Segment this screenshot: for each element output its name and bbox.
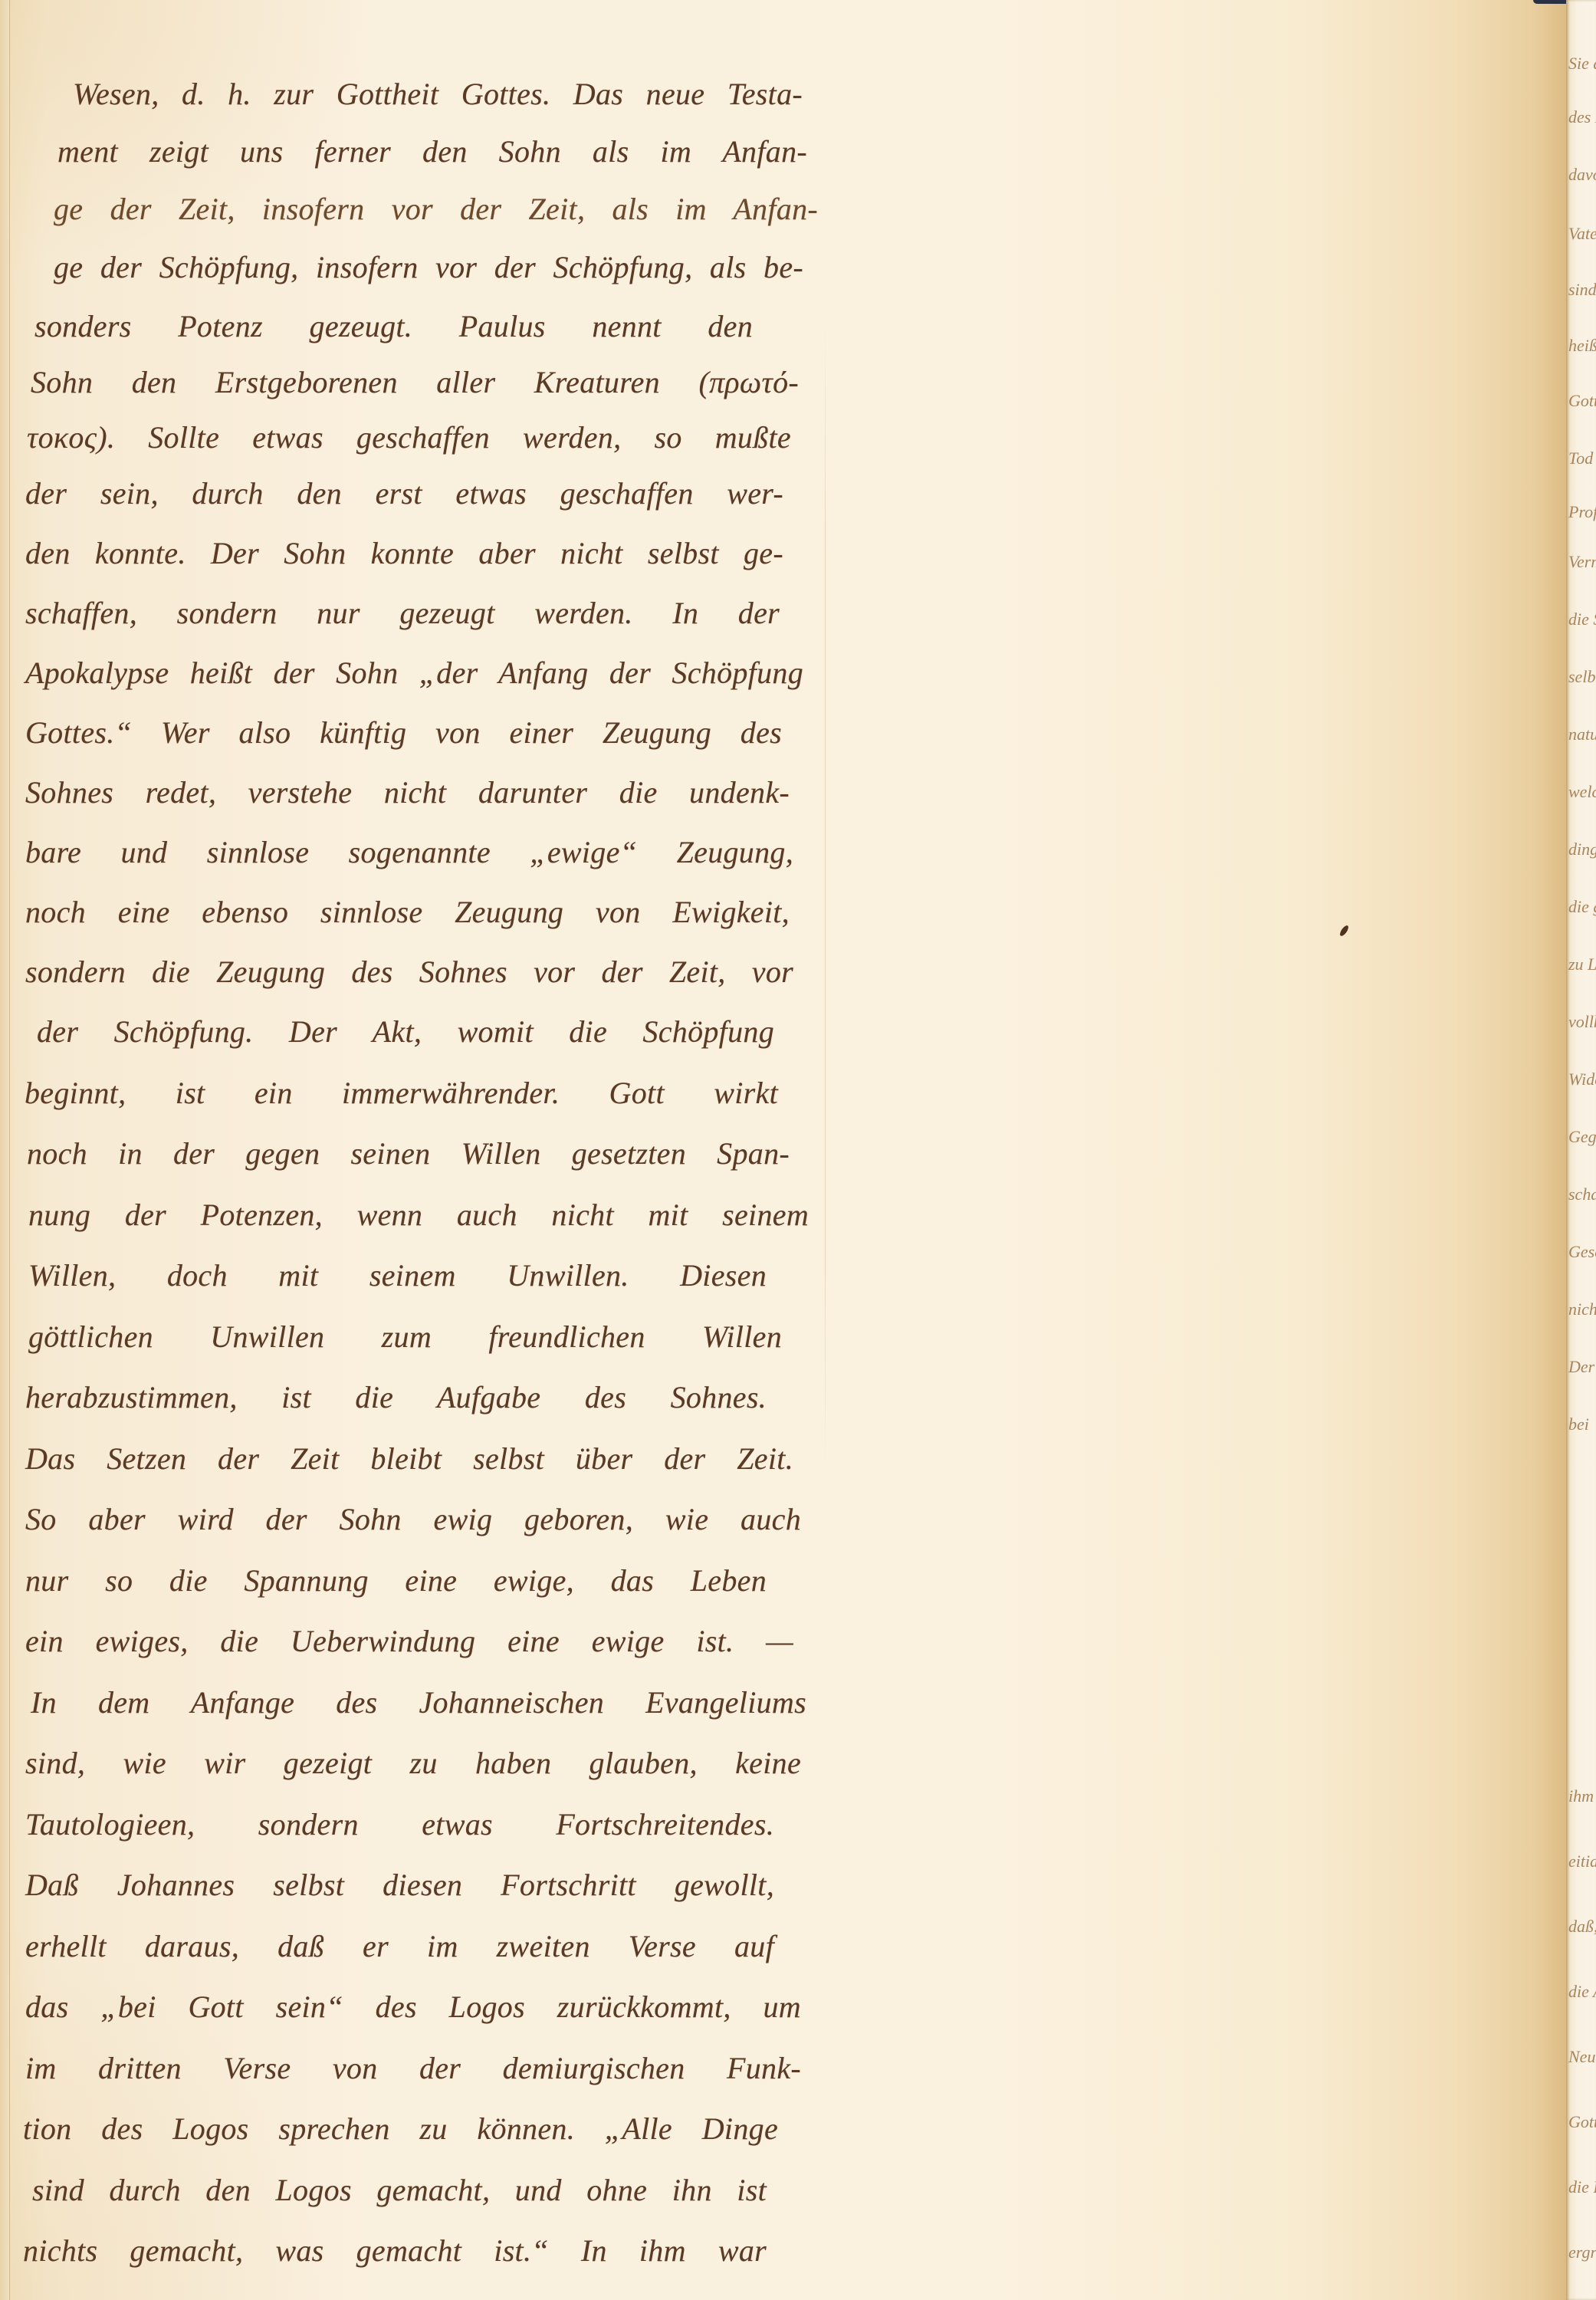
text-line-15: noch eine ebenso sinnlose Zeugung von Ew…: [25, 889, 790, 935]
adjacent-text-fragment: Gottheit: [1568, 391, 1596, 411]
text-line-29: sind, wie wir gezeigt zu haben glauben, …: [25, 1740, 801, 1786]
text-line-18: beginnt, ist ein immerwährender. Gott wi…: [25, 1070, 778, 1116]
text-line-2: ment zeigt uns ferner den Sohn als im An…: [57, 129, 807, 175]
text-line-8: der sein, durch den erst etwas geschaffe…: [25, 471, 783, 517]
text-line-4: ge der Schöpfung, insofern vor der Schöp…: [54, 245, 803, 291]
adjacent-text-fragment: Der: [1568, 1357, 1594, 1377]
text-line-23: herabzustimmen, ist die Aufgabe des Sohn…: [25, 1375, 767, 1421]
adjacent-text-fragment: welche der: [1568, 782, 1596, 802]
adjacent-text-fragment: eitia: [1568, 1852, 1596, 1871]
text-line-16: sondern die Zeugung des Sohnes vor der Z…: [25, 949, 793, 995]
text-line-22: göttlichen Unwillen zum freundlichen Wil…: [28, 1314, 782, 1360]
adjacent-text-fragment: natura: [1568, 724, 1596, 744]
adjacent-text-fragment: Vermögen: [1568, 552, 1596, 572]
adjacent-text-fragment: ihm vor: [1568, 1786, 1596, 1806]
adjacent-text-fragment: Sie avec: [1568, 54, 1596, 74]
adjacent-text-fragment: Gott ver: [1568, 2112, 1596, 2132]
text-line-24: Das Setzen der Zeit bleibt selbst über d…: [25, 1436, 793, 1482]
manuscript-page: Wesen, d. h. zur Gottheit Gottes. Das ne…: [0, 0, 1566, 2300]
adjacent-text-fragment: die Sache: [1568, 609, 1596, 629]
adjacent-text-fragment: Neues: [1568, 2047, 1596, 2067]
adjacent-text-fragment: Gesch: [1568, 1242, 1596, 1262]
adjacent-text-fragment: Gegensatz: [1568, 1127, 1596, 1147]
adjacent-text-fragment: ding das: [1568, 839, 1596, 859]
adjacent-text-fragment: nicht nun: [1568, 1299, 1596, 1319]
adjacent-text-fragment: davon: [1568, 165, 1596, 185]
text-line-7: τοκος). Sollte etwas geschaffen werden, …: [27, 415, 791, 461]
text-line-14: bare und sinnlose sogenannte „ewige“ Zeu…: [25, 830, 793, 876]
text-line-31: Daß Johannes selbst diesen Fortschritt g…: [25, 1862, 774, 1908]
ink-speck: [1338, 924, 1350, 937]
text-line-27: ein ewiges, die Ueberwindung eine ewige …: [25, 1618, 793, 1664]
text-line-10: schaffen, sondern nur gezeugt werden. In…: [25, 590, 780, 636]
adjacent-text-fragment: Profes: [1568, 502, 1596, 522]
text-line-11: Apokalypse heißt der Sohn „der Anfang de…: [25, 650, 803, 696]
paper-crease: [825, 322, 826, 1472]
binding-corner: [1533, 0, 1566, 4]
text-line-5: sonders Potenz gezeugt. Paulus nennt den: [34, 304, 753, 350]
text-line-3: ge der Zeit, insofern vor der Zeit, als …: [54, 186, 818, 232]
text-line-34: im dritten Verse von der demiurgischen F…: [25, 2045, 801, 2091]
text-line-28: In dem Anfange des Johanneischen Evangel…: [31, 1680, 806, 1726]
text-line-13: Sohnes redet, verstehe nicht darunter di…: [25, 770, 790, 816]
text-line-30: Tautologieen, sondern etwas Fortschreite…: [25, 1802, 774, 1848]
adjacent-text-fragment: Vater Lo: [1568, 224, 1596, 244]
text-line-25: So aber wird der Sohn ewig geboren, wie …: [25, 1497, 801, 1543]
text-line-32: erhellt daraus, daß er im zweiten Verse …: [25, 1924, 774, 1970]
text-line-20: nung der Potenzen, wenn auch nicht mit s…: [28, 1192, 809, 1238]
adjacent-text-fragment: daß, Tod: [1568, 1917, 1596, 1937]
adjacent-text-fragment: vollkommen: [1568, 1012, 1596, 1032]
adjacent-text-fragment: schaffen: [1568, 1184, 1596, 1204]
adjacent-text-fragment: heißt spr: [1568, 336, 1596, 356]
adjacent-text-fragment: Widerst: [1568, 1069, 1596, 1089]
adjacent-page-edge: Sie avec des Leben davon Vater Lo sind i…: [1566, 0, 1596, 2300]
text-line-35: tion des Logos sprechen zu können. „Alle…: [23, 2106, 778, 2152]
text-line-33: das „bei Gott sein“ des Logos zurückkomm…: [25, 1984, 801, 2030]
text-line-37: nichts gemacht, was gemacht ist.“ In ihm…: [23, 2228, 767, 2274]
text-line-26: nur so die Spannung eine ewige, das Lebe…: [25, 1558, 767, 1604]
text-line-19: noch in der gegen seinen Willen gesetzte…: [27, 1131, 790, 1177]
adjacent-text-fragment: ergriffen: [1568, 2242, 1596, 2262]
text-line-9: den konnte. Der Sohn konnte aber nicht s…: [25, 531, 783, 577]
adjacent-text-fragment: zu Leugn: [1568, 955, 1596, 974]
adjacent-text-fragment: Tod: [1568, 449, 1593, 468]
text-line-36: sind durch den Logos gemacht, und ohne i…: [32, 2167, 767, 2213]
text-line-17: der Schöpfung. Der Akt, womit die Schöpf…: [37, 1009, 774, 1055]
adjacent-text-fragment: sind ist: [1568, 280, 1596, 300]
adjacent-text-fragment: die An: [1568, 1982, 1596, 2002]
underlying-page-edge: [0, 0, 10, 2300]
text-line-12: Gottes.“ Wer also künftig von einer Zeug…: [25, 710, 782, 756]
adjacent-text-fragment: des Leben: [1568, 107, 1596, 127]
adjacent-text-fragment: die gedacht: [1568, 897, 1596, 917]
text-line-6: Sohn den Erstgeborenen aller Kreaturen (…: [31, 360, 799, 406]
text-line-1: Wesen, d. h. zur Gottheit Gottes. Das ne…: [73, 71, 803, 117]
text-line-21: Willen, doch mit seinem Unwillen. Diesen: [28, 1253, 767, 1299]
adjacent-text-fragment: bei: [1568, 1414, 1589, 1434]
adjacent-text-fragment: die Beg: [1568, 2177, 1596, 2197]
adjacent-text-fragment: selbst sp: [1568, 667, 1596, 687]
